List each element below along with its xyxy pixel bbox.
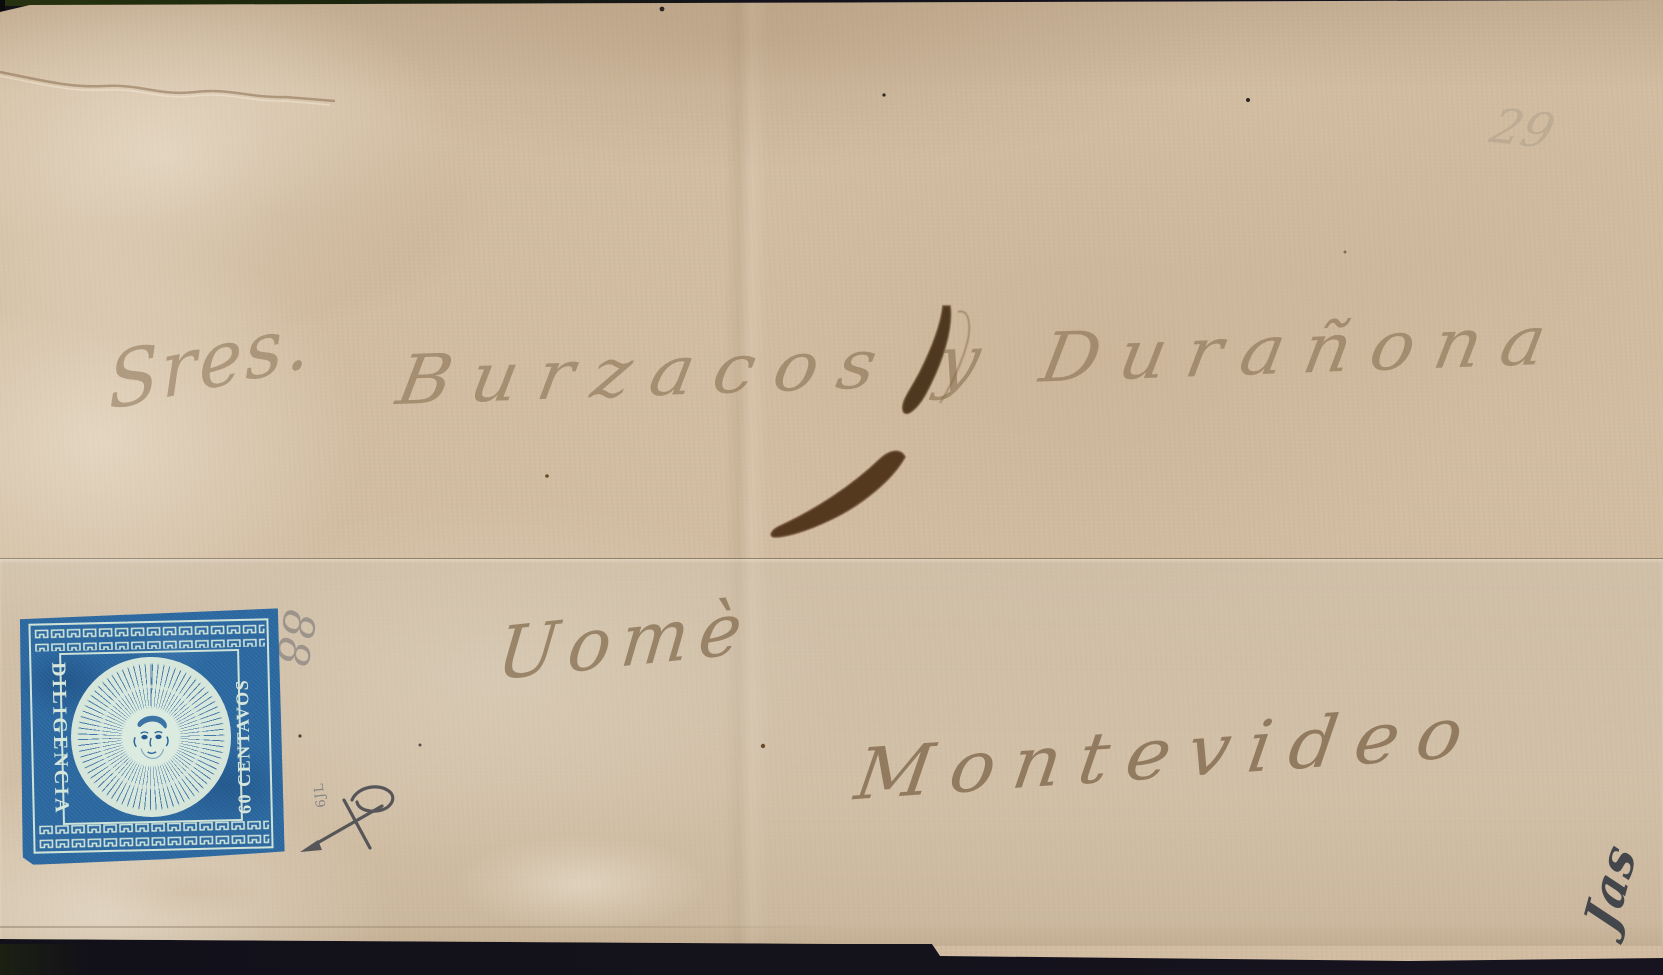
stamp-text-denomination: 60 CENTAVOS: [232, 679, 255, 814]
scanned-cover-photo: Sres. Burzacos y Durañona Uomè Montevide…: [0, 0, 1663, 975]
stamp-text-diligencia: DILIGENCIA: [47, 662, 72, 816]
scan-edge-bottom-left: [0, 944, 90, 975]
manuscript-addressee: Burzacos y Durañona: [391, 301, 1571, 421]
faint-pencil-mark: 29: [1484, 99, 1560, 160]
diligencia-stamp: DILIGENCIA 60 CENTAVOS: [17, 607, 285, 865]
sun-face-left-eye: [141, 735, 147, 740]
meander-band-top: [33, 622, 265, 651]
sun-face-brows: [141, 732, 162, 734]
tiny-handstamp-mark: 6JL: [311, 782, 329, 809]
horizontal-crease: [0, 926, 845, 928]
sun-face-hair: [137, 715, 167, 729]
tear-crease-top-left: [0, 72, 335, 105]
sun-face-left-curl: [134, 737, 136, 746]
sun-face-right-eye: [155, 735, 161, 740]
sun-face-right-curl: [166, 737, 168, 746]
sun-face-mouth: [148, 752, 156, 754]
letter-cover: Sres. Burzacos y Durañona Uomè Montevide…: [0, 0, 1663, 975]
sun-face-nose: [150, 738, 151, 746]
sun-face: [122, 708, 179, 765]
manuscript-salutation: Sres.: [106, 294, 311, 427]
stain-crescent: [771, 451, 905, 537]
